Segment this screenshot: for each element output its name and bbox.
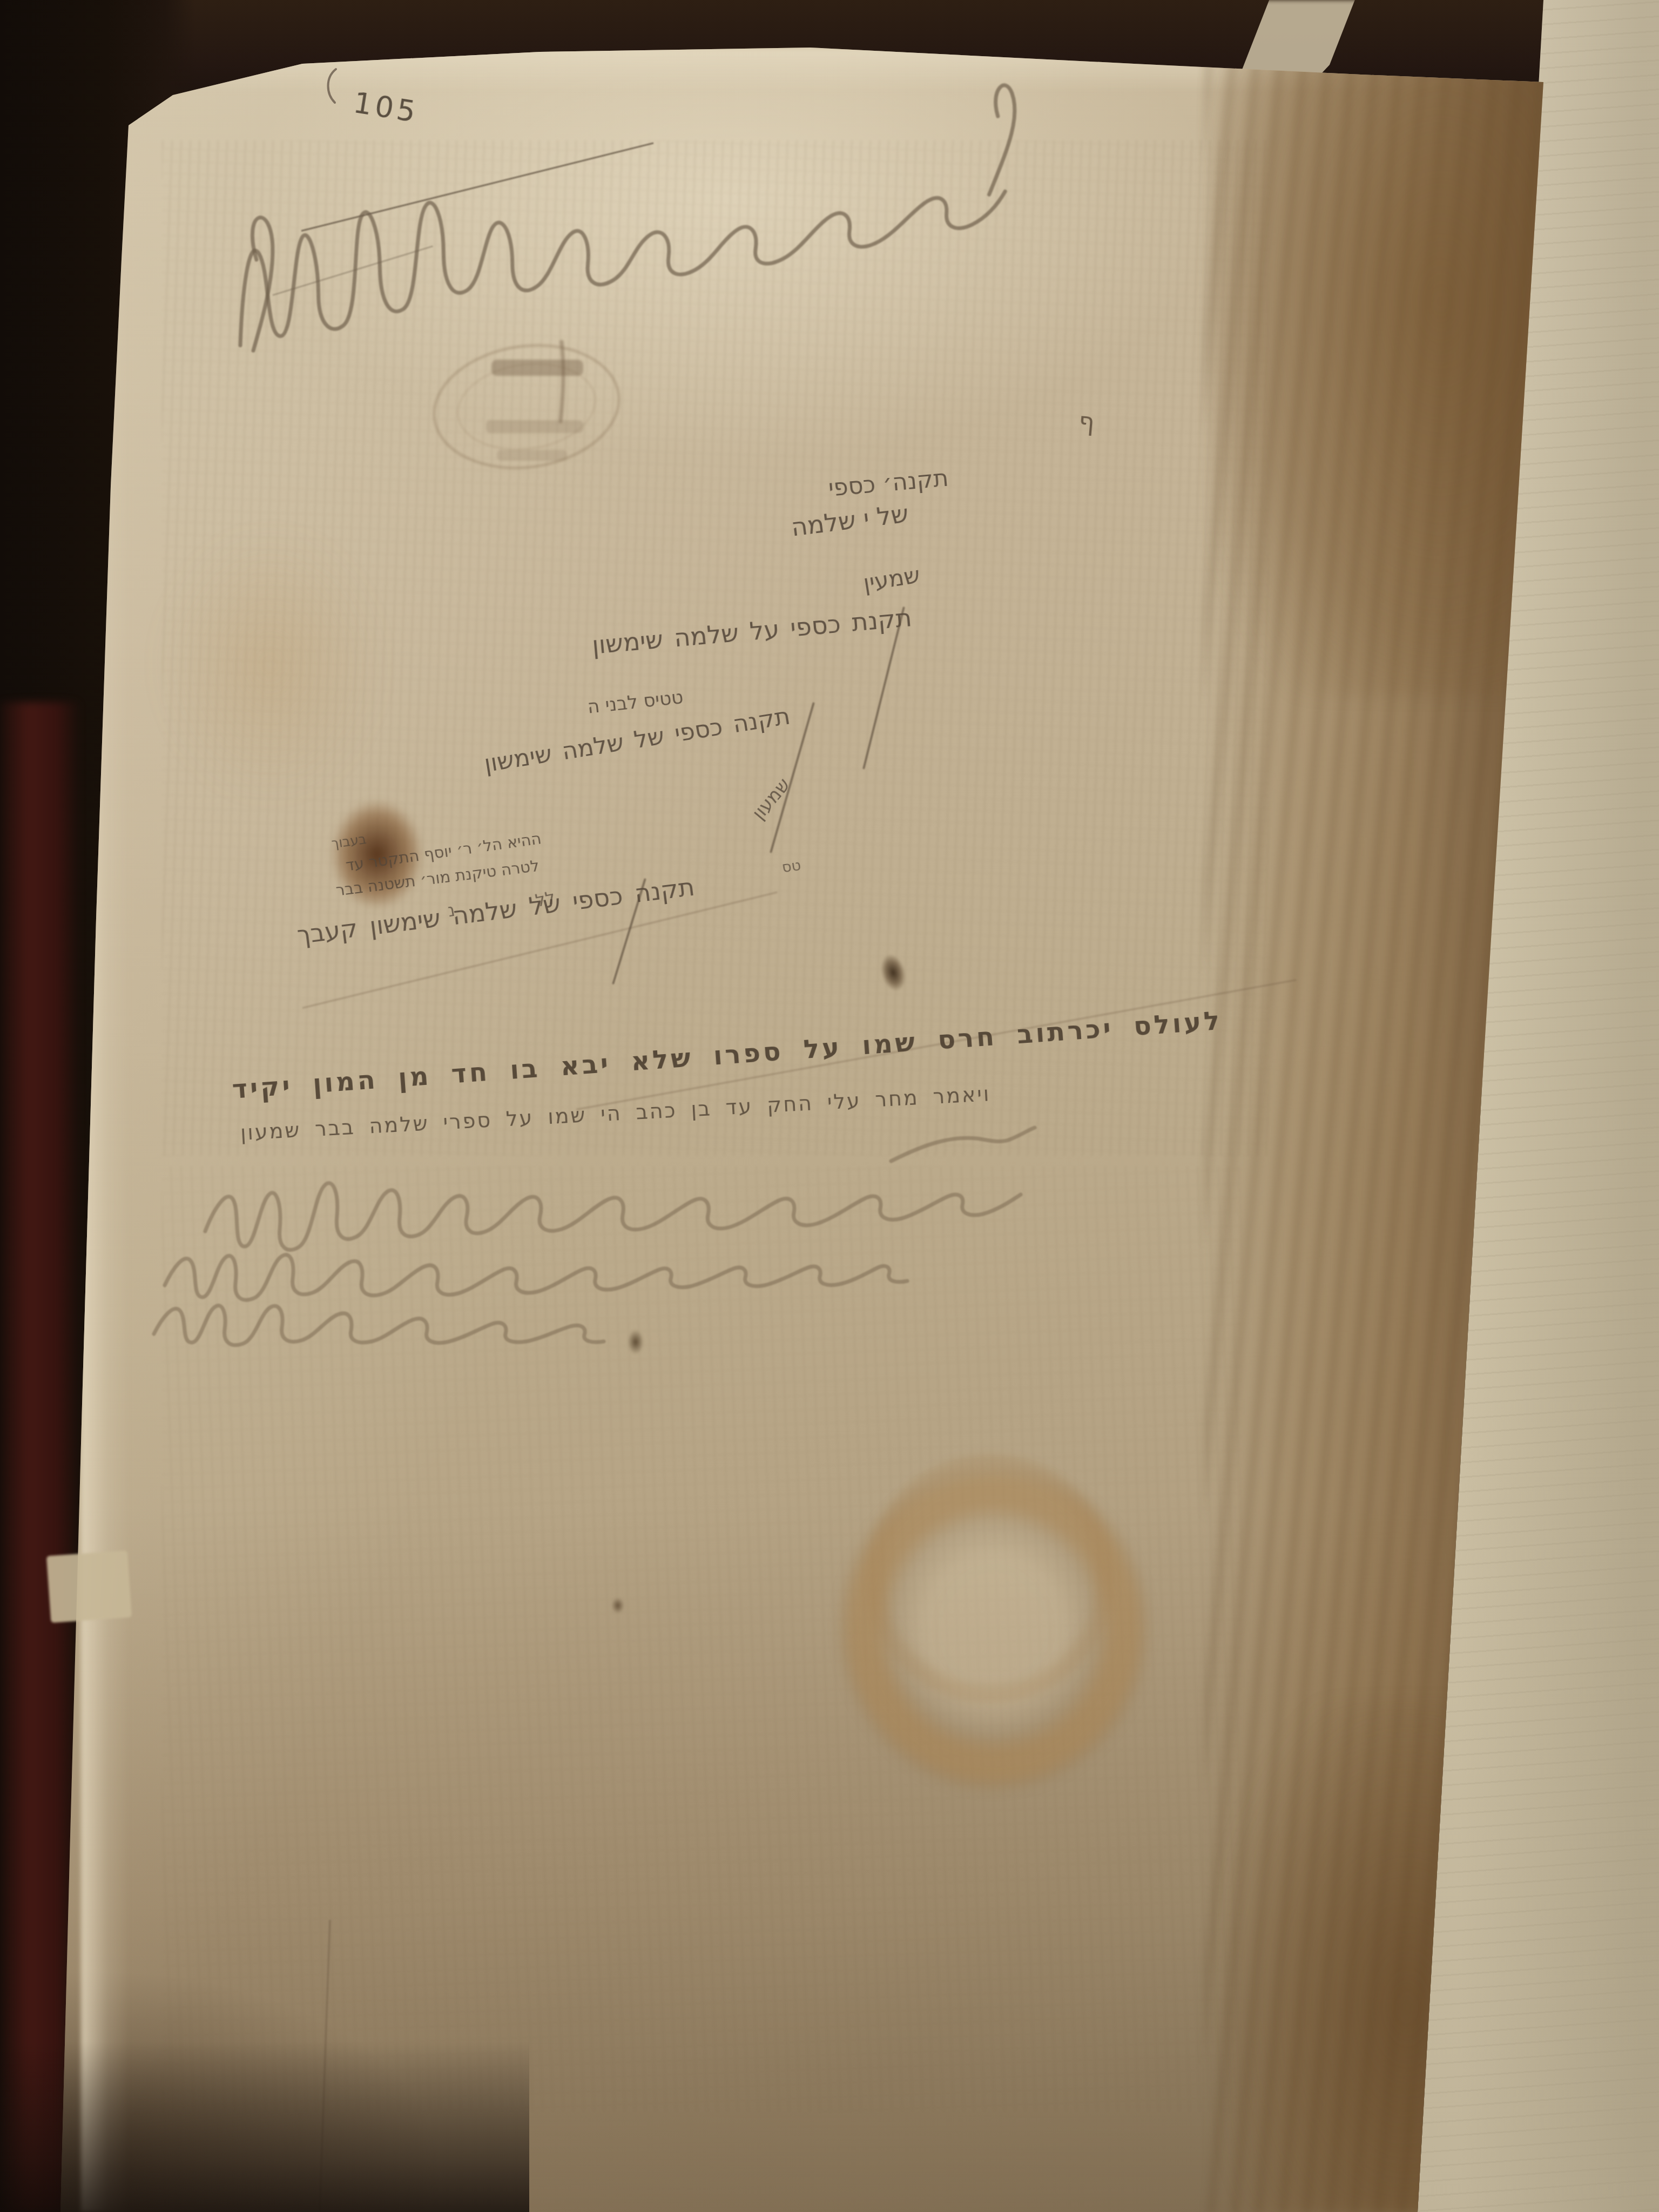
loose-paper-fragment	[46, 1550, 132, 1623]
small-ink-dot	[628, 1330, 644, 1354]
photo-of-manuscript-page: 105 ף תקנה׳ כספי של י שלמה שמע	[0, 0, 1659, 2212]
faint-oval-ink-stamp	[427, 339, 626, 474]
paraph-mark: ף	[1077, 406, 1096, 436]
tiny-ink-mark	[611, 1597, 624, 1614]
shadow-bottom-left	[0, 2041, 529, 2212]
top-scrawl-handwriting	[227, 130, 1069, 362]
lower-scrawl-handwriting	[140, 1123, 1058, 1361]
cup-ring-stain-inner	[863, 1452, 1117, 1705]
manuscript-page: 105 ף תקנה׳ כספי של י שלמה שמע	[0, 0, 1659, 2212]
inscription-line-4-suffix: טס	[781, 857, 802, 876]
water-stain-top-right	[1210, 59, 1550, 697]
folio-tick-mark	[318, 64, 345, 112]
faint-stain-left	[130, 497, 410, 832]
folio-number: 105	[351, 85, 421, 129]
